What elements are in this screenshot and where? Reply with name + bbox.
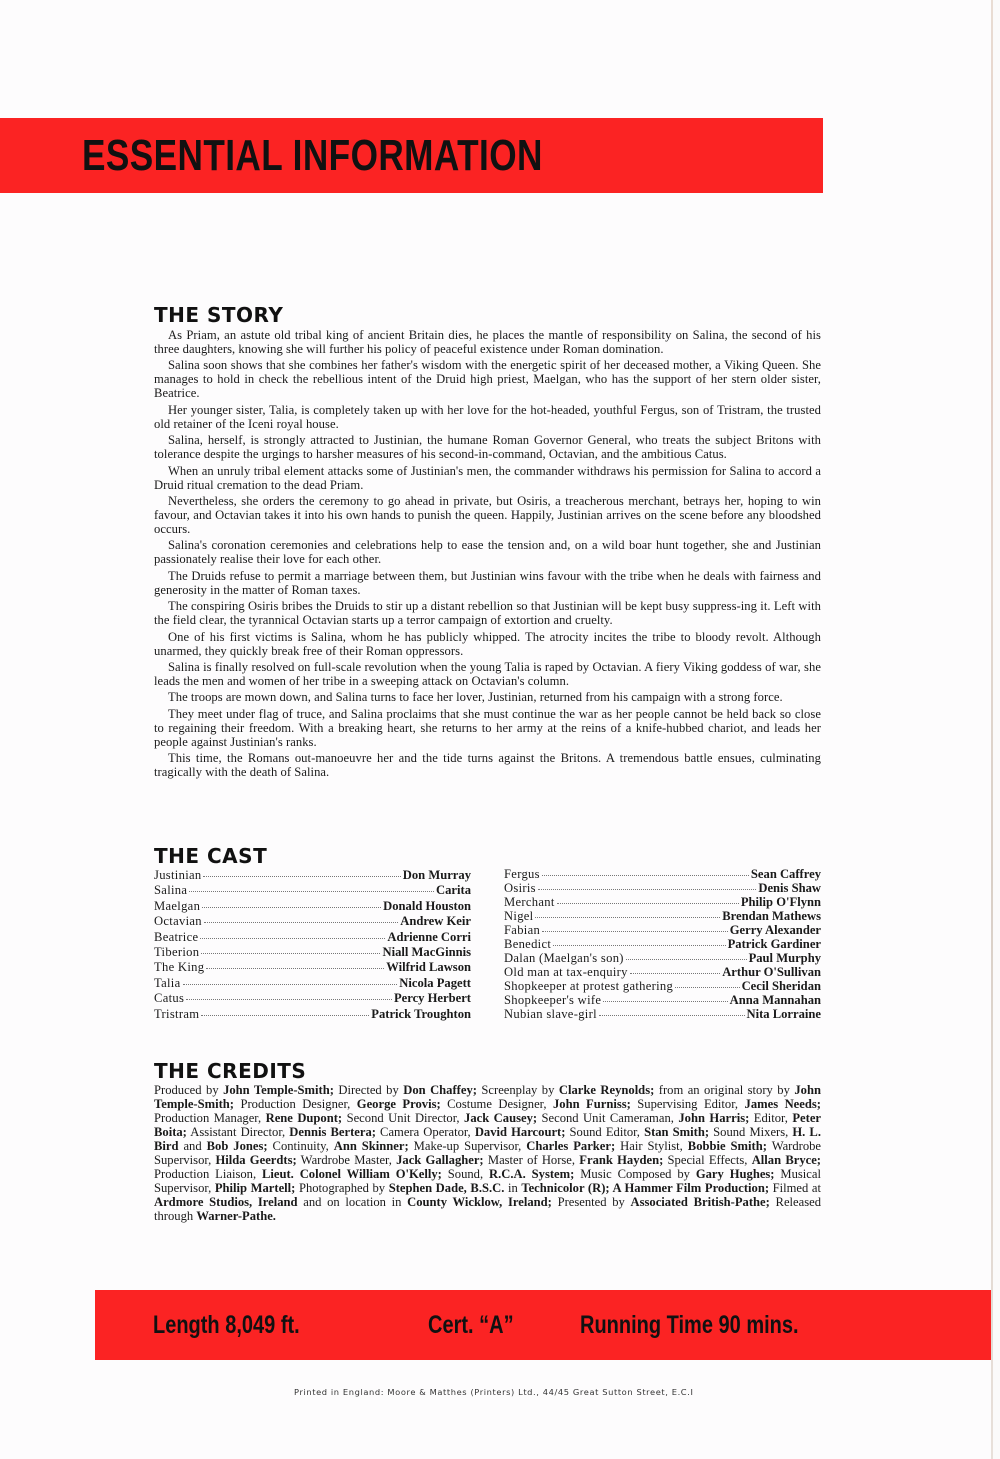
story-paragraph: The conspiring Osiris bribes the Druids … — [154, 599, 821, 627]
cast-actor: Arthur O'Sullivan — [722, 965, 821, 979]
credit-role: and — [179, 1139, 207, 1153]
cast-actor: Niall MacGinnis — [382, 945, 471, 960]
story-paragraph: The Druids refuse to permit a marriage b… — [154, 569, 821, 597]
credit-role: Camera Operator, — [376, 1125, 475, 1139]
cast-row: Dalan (Maelgan's son)Paul Murphy — [504, 951, 821, 965]
story-paragraph: Salina is finally resolved on full-scale… — [154, 660, 821, 688]
cast-row: Nubian slave-girlNita Lorraine — [504, 1007, 821, 1021]
cast-actor: Philip O'Flynn — [741, 895, 821, 909]
story-paragraph: Nevertheless, she orders the ceremony to… — [154, 494, 821, 536]
film-certificate: Cert. “A” — [428, 1309, 514, 1341]
dot-leader — [557, 903, 739, 904]
credit-name: Rene Dupont; — [266, 1111, 343, 1125]
credit-name: Associated British-Pathe; — [631, 1195, 770, 1209]
dot-leader — [599, 1015, 745, 1016]
cast-role: Talia — [154, 976, 181, 991]
credit-role: Wardrobe Master, — [297, 1153, 396, 1167]
credit-name: County Wicklow, Ireland; — [407, 1195, 552, 1209]
cast-row: CatusPercy Herbert — [154, 991, 471, 1006]
cast-actor: Paul Murphy — [749, 951, 821, 965]
credit-name: Jack Causey; — [464, 1111, 537, 1125]
dot-leader — [553, 945, 725, 946]
credit-role: Make-up Supervisor, — [409, 1139, 527, 1153]
cast-role: Beatrice — [154, 930, 198, 945]
dot-leader — [200, 938, 385, 939]
credit-name: Warner-Pathe. — [196, 1209, 276, 1223]
dot-leader — [203, 876, 400, 877]
cast-actor: Wilfrid Lawson — [386, 960, 471, 975]
cast-actor: Anna Mannahan — [730, 993, 821, 1007]
dot-leader — [603, 1001, 727, 1002]
cast-row: SalinaCarita — [154, 883, 471, 898]
credit-name: Philip Martell; — [215, 1181, 296, 1195]
story-paragraph: As Priam, an astute old tribal king of a… — [154, 328, 821, 356]
credits-text: Produced by John Temple-Smith; Directed … — [154, 1083, 821, 1223]
cast-row: NigelBrendan Mathews — [504, 909, 821, 923]
cast-role: Shopkeeper's wife — [504, 993, 601, 1007]
credit-role: Second Unit Cameraman, — [537, 1111, 678, 1125]
credit-name: Hilda Geerdts; — [215, 1153, 296, 1167]
dot-leader — [630, 973, 720, 974]
dot-leader — [675, 987, 739, 988]
dot-leader — [183, 984, 398, 985]
dot-leader — [626, 959, 747, 960]
cast-row: TiberionNiall MacGinnis — [154, 945, 471, 960]
cast-actor: Carita — [436, 883, 471, 898]
credit-role: and on location in — [298, 1195, 408, 1209]
credit-name: Gary Hughes; — [696, 1167, 775, 1181]
printer-credit: Printed in England: Moore & Matthes (Pri… — [294, 1387, 694, 1397]
cast-actor: Don Murray — [403, 868, 471, 883]
cast-row: JustinianDon Murray — [154, 868, 471, 883]
cast-role: Nubian slave-girl — [504, 1007, 597, 1021]
credit-role: Presented by — [552, 1195, 631, 1209]
cast-heading: THE CAST — [154, 845, 267, 867]
story-paragraph: One of his first victims is Salina, whom… — [154, 630, 821, 658]
cast-actor: Patrick Troughton — [371, 1007, 471, 1022]
credit-role: Screenplay by — [477, 1083, 559, 1097]
credit-name: John Harris; — [678, 1111, 749, 1125]
cast-actor: Donald Houston — [383, 899, 471, 914]
cast-actor: Percy Herbert — [394, 991, 471, 1006]
cast-actor: Denis Shaw — [758, 881, 821, 895]
cast-row: Shopkeeper's wifeAnna Mannahan — [504, 993, 821, 1007]
credit-role: Supervising Editor, — [631, 1097, 745, 1111]
credit-role: Second Unit Director, — [342, 1111, 464, 1125]
cast-row: OsirisDenis Shaw — [504, 881, 821, 895]
credit-role: Produced by — [154, 1083, 223, 1097]
credit-name: Bob Jones; — [207, 1139, 268, 1153]
cast-role: Fergus — [504, 867, 540, 881]
story-paragraph: Salina soon shows that she combines her … — [154, 358, 821, 400]
cast-actor: Patrick Gardiner — [728, 937, 821, 951]
dot-leader — [538, 889, 756, 890]
cast-row: TaliaNicola Pagett — [154, 976, 471, 991]
credit-name: John Temple-Smith; — [223, 1083, 334, 1097]
credit-role: Sound Mixers, — [709, 1125, 792, 1139]
dot-leader — [201, 1015, 369, 1016]
cast-actor: Nicola Pagett — [399, 976, 471, 991]
cast-role: Merchant — [504, 895, 555, 909]
credit-role: Directed by — [334, 1083, 403, 1097]
cast-role: Shopkeeper at protest gathering — [504, 979, 673, 993]
cast-actor: Cecil Sheridan — [742, 979, 821, 993]
cast-role: Catus — [154, 991, 184, 1006]
running-time: Running Time 90 mins. — [580, 1309, 799, 1341]
dot-leader — [535, 917, 720, 918]
credit-name: R.C.A. System; — [489, 1167, 574, 1181]
cast-role: The King — [154, 960, 204, 975]
cast-row: Old man at tax-enquiryArthur O'Sullivan — [504, 965, 821, 979]
cast-role: Octavian — [154, 914, 202, 929]
cast-list-right: FergusSean CaffreyOsirisDenis ShawMercha… — [504, 867, 821, 1021]
credit-name: Stephen Dade, B.S.C. — [389, 1181, 505, 1195]
story-paragraph: When an unruly tribal element attacks so… — [154, 464, 821, 492]
credit-name: Charles Parker; — [526, 1139, 615, 1153]
cast-role: Salina — [154, 883, 187, 898]
cast-row: FergusSean Caffrey — [504, 867, 821, 881]
cast-row: BenedictPatrick Gardiner — [504, 937, 821, 951]
story-paragraph: Salina, herself, is strongly attracted t… — [154, 433, 821, 461]
dot-leader — [201, 953, 380, 954]
credit-name: Stan Smith; — [644, 1125, 709, 1139]
dot-leader — [542, 931, 728, 932]
cast-actor: Adrienne Corri — [387, 930, 471, 945]
credit-role: Hair Stylist, — [615, 1139, 688, 1153]
credit-name: Ann Skinner; — [334, 1139, 409, 1153]
credit-name: George Provis; — [357, 1097, 441, 1111]
credit-role: from an original story by — [654, 1083, 794, 1097]
page-title: ESSENTIAL INFORMATION — [82, 128, 543, 184]
cast-actor: Brendan Mathews — [722, 909, 821, 923]
credit-role: Continuity, — [268, 1139, 334, 1153]
cast-role: Nigel — [504, 909, 533, 923]
credit-name: Dennis Bertera; — [289, 1125, 376, 1139]
credit-role: Sound, — [442, 1167, 489, 1181]
story-text: As Priam, an astute old tribal king of a… — [154, 328, 821, 781]
cast-row: MaelganDonald Houston — [154, 899, 471, 914]
credit-role: in — [504, 1181, 521, 1195]
credit-role: Production Liaison, — [154, 1167, 262, 1181]
cast-row: The KingWilfrid Lawson — [154, 960, 471, 975]
story-paragraph: The troops are mown down, and Salina tur… — [154, 690, 821, 704]
cast-role: Fabian — [504, 923, 540, 937]
credit-name: Lieut. Colonel William O'Kelly; — [262, 1167, 442, 1181]
credit-name: Technicolor (R); A Hammer Film Productio… — [521, 1181, 769, 1195]
cast-role: Osiris — [504, 881, 536, 895]
credit-role: Editor, — [749, 1111, 792, 1125]
cast-row: FabianGerry Alexander — [504, 923, 821, 937]
credit-name: Frank Hayden; — [579, 1153, 663, 1167]
cast-role: Justinian — [154, 868, 201, 883]
cast-row: Shopkeeper at protest gatheringCecil She… — [504, 979, 821, 993]
credit-name: David Harcourt; — [475, 1125, 566, 1139]
credit-role: Filmed at — [769, 1181, 821, 1195]
cast-row: TristramPatrick Troughton — [154, 1007, 471, 1022]
dot-leader — [206, 968, 384, 969]
cast-role: Dalan (Maelgan's son) — [504, 951, 624, 965]
credit-name: James Needs; — [745, 1097, 821, 1111]
story-paragraph: This time, the Romans out-manoeuvre her … — [154, 751, 821, 779]
story-paragraph: Her younger sister, Talia, is completely… — [154, 403, 821, 431]
page-edge-margin — [993, 0, 1000, 1459]
dot-leader — [189, 891, 434, 892]
credit-role: Special Effects, — [663, 1153, 751, 1167]
cast-list-left: JustinianDon MurraySalinaCaritaMaelganDo… — [154, 868, 471, 1022]
cast-role: Old man at tax-enquiry — [504, 965, 628, 979]
story-paragraph: They meet under flag of truce, and Salin… — [154, 707, 821, 749]
credit-role: Photographed by — [295, 1181, 388, 1195]
cast-row: BeatriceAdrienne Corri — [154, 930, 471, 945]
dot-leader — [202, 907, 381, 908]
credit-name: Ardmore Studios, Ireland — [154, 1195, 298, 1209]
cast-row: OctavianAndrew Keir — [154, 914, 471, 929]
film-length: Length 8,049 ft. — [153, 1309, 300, 1341]
cast-role: Maelgan — [154, 899, 200, 914]
cast-actor: Andrew Keir — [400, 914, 471, 929]
film-facts-band: Length 8,049 ft. Cert. “A” Running Time … — [95, 1290, 991, 1360]
story-heading: THE STORY — [154, 304, 283, 326]
credit-name: Allan Bryce; — [752, 1153, 821, 1167]
cast-role: Benedict — [504, 937, 551, 951]
dot-leader — [204, 922, 398, 923]
cast-actor: Gerry Alexander — [730, 923, 821, 937]
credit-role: Music Composed by — [574, 1167, 696, 1181]
credit-role: Sound Editor, — [565, 1125, 644, 1139]
credit-role: Assistant Director, — [187, 1125, 289, 1139]
dot-leader — [542, 875, 749, 876]
cast-actor: Sean Caffrey — [751, 867, 821, 881]
credit-name: Don Chaffey; — [403, 1083, 477, 1097]
cast-role: Tristram — [154, 1007, 199, 1022]
cast-role: Tiberion — [154, 945, 199, 960]
credit-name: Clarke Reynolds; — [559, 1083, 654, 1097]
dot-leader — [186, 999, 392, 1000]
credits-heading: THE CREDITS — [154, 1060, 306, 1082]
credit-role: Costume Designer, — [441, 1097, 553, 1111]
cast-actor: Nita Lorraine — [747, 1007, 822, 1021]
credit-role: Master of Horse, — [484, 1153, 580, 1167]
credit-role: Production Manager, — [154, 1111, 266, 1125]
cast-row: MerchantPhilip O'Flynn — [504, 895, 821, 909]
credit-name: Jack Gallagher; — [396, 1153, 484, 1167]
credit-name: Bobbie Smith; — [688, 1139, 767, 1153]
story-paragraph: Salina's coronation ceremonies and celeb… — [154, 538, 821, 566]
credit-name: John Furniss; — [553, 1097, 631, 1111]
credit-role: Production Designer, — [234, 1097, 357, 1111]
header-band: ESSENTIAL INFORMATION — [0, 118, 823, 193]
